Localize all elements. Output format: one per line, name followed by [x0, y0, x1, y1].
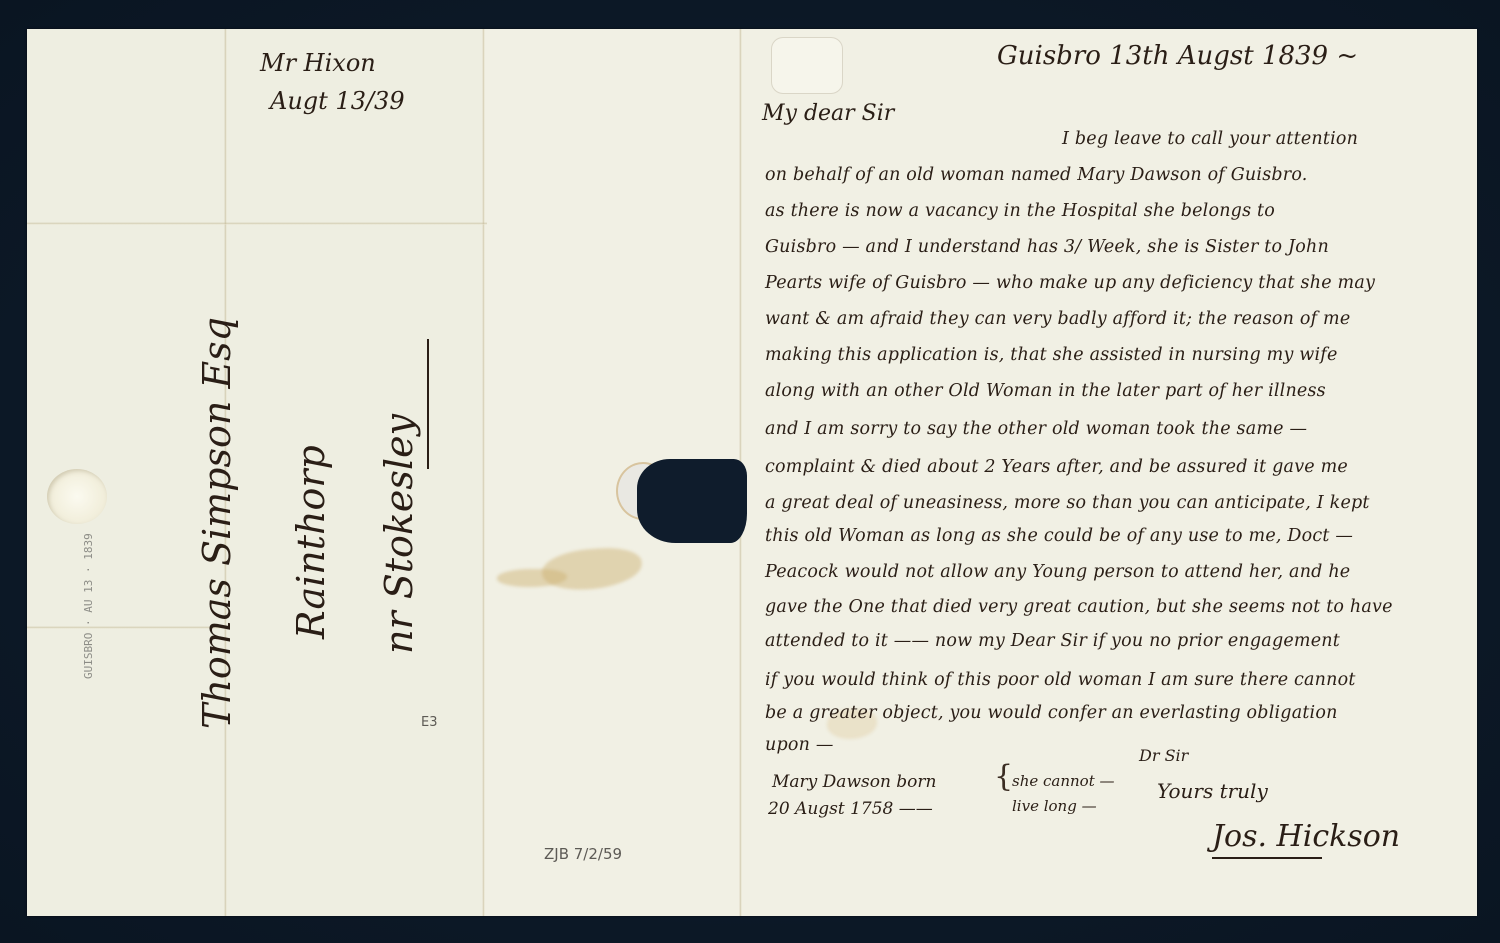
letter-line: upon —	[765, 735, 834, 755]
postscript-name: Mary Dawson born	[772, 772, 937, 792]
closing-valediction: Yours truly	[1157, 779, 1268, 803]
letter-line: Pearts wife of Guisbro — who make up any…	[765, 273, 1375, 293]
postscript-bracket: {	[994, 759, 1013, 794]
embossed-paper-stamp	[771, 37, 843, 94]
letter-line: Peacock would not allow any Young person…	[765, 562, 1350, 582]
fold-line-vertical	[482, 29, 485, 916]
letter-dateline: Guisbro 13th Augst 1839 ~	[997, 41, 1358, 71]
postmark: GUISBRO · AU 13 · 1839	[82, 533, 95, 679]
letter-line: complaint & died about 2 Years after, an…	[765, 457, 1348, 477]
address-underline	[427, 339, 429, 469]
letter-line: gave the One that died very great cautio…	[765, 597, 1393, 617]
letter-salutation: My dear Sir	[762, 101, 894, 126]
wax-seal-impression	[47, 469, 107, 524]
signature-underline	[1212, 857, 1322, 859]
letter-line: if you would think of this poor old woma…	[765, 670, 1356, 690]
address-recipient: Thomas Simpson Esq	[195, 317, 239, 729]
letter-line: attended to it —— now my Dear Sir if you…	[765, 631, 1340, 651]
letter-line: and I am sorry to say the other old woma…	[765, 419, 1307, 439]
letter-line: as there is now a vacancy in the Hospita…	[765, 201, 1275, 221]
letter-line: along with an other Old Woman in the lat…	[765, 381, 1326, 401]
letter-line: this old Woman as long as she could be o…	[765, 526, 1353, 546]
address-village: Rainthorp	[289, 445, 333, 639]
letter-line: a great deal of uneasiness, more so than…	[765, 493, 1370, 513]
letter-line: I beg leave to call your attention	[1062, 129, 1358, 149]
docket-name: Mr Hixon	[260, 49, 376, 77]
archive-pencil-note: ZJB 7/2/59	[544, 845, 622, 863]
pencil-mark: E3	[421, 715, 438, 730]
postscript-note: live long —	[1012, 797, 1097, 815]
signature: Jos. Hickson	[1212, 819, 1400, 854]
water-stain	[541, 546, 644, 593]
closing-salutation: Dr Sir	[1139, 746, 1188, 765]
letter-line: Guisbro — and I understand has 3/ Week, …	[765, 237, 1329, 257]
letter-line: on behalf of an old woman named Mary Daw…	[765, 165, 1308, 185]
letter-line: making this application is, that she ass…	[765, 345, 1338, 365]
docket-date: Augt 13/39	[270, 87, 405, 115]
address-town: nr Stokesley	[377, 414, 421, 654]
postscript-birthdate: 20 Augst 1758 ——	[768, 799, 933, 819]
postscript-note: she cannot —	[1012, 772, 1115, 790]
letter-sheet: Mr Hixon Augt 13/39 Thomas Simpson Esq R…	[27, 29, 1477, 916]
letter-line: want & am afraid they can very badly aff…	[765, 309, 1350, 329]
torn-hole	[637, 459, 747, 543]
letter-line: be a greater object, you would confer an…	[765, 703, 1338, 723]
fold-line-horizontal	[27, 222, 487, 225]
